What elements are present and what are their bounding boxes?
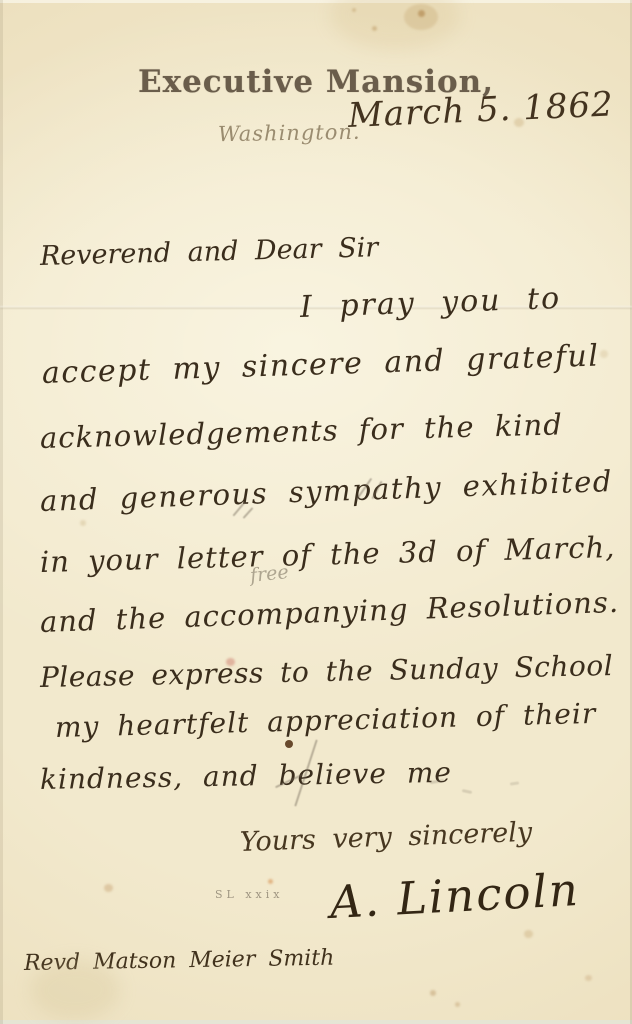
foxing-spot <box>80 520 86 526</box>
foxing-spot <box>104 884 113 892</box>
lincoln-signature: A. Lincoln <box>329 863 581 929</box>
salutation: Reverend and Dear Sir <box>40 232 379 272</box>
foxing-spot <box>418 10 425 17</box>
foxing-spot <box>455 1002 460 1007</box>
foxing-spot <box>524 930 533 938</box>
body-line-8: my heartfelt appreciation of their <box>55 697 597 744</box>
body-line-3: acknowledgements for the kind <box>40 407 564 455</box>
body-line-5: in your letter of the 3d of March, <box>40 530 616 579</box>
body-line-7: Please express to the Sunday School <box>40 649 614 694</box>
body-line-1: I pray you to <box>299 281 561 325</box>
pencil-smudge <box>510 781 519 785</box>
foxing-spot <box>430 990 436 996</box>
foxing-spot <box>404 4 438 30</box>
pencil-annotation: free <box>249 561 290 587</box>
scan-edge-left <box>0 0 3 1024</box>
foxing-spot <box>352 8 356 12</box>
scan-edge-bottom <box>0 1020 632 1024</box>
foxing-spot <box>268 879 273 884</box>
body-line-2: accept my sincere and grateful <box>41 338 600 391</box>
foxing-spot <box>372 26 377 31</box>
paper-stain <box>330 0 460 50</box>
letterhead-city: Washington. <box>218 120 361 146</box>
closing-line: Yours very sincerely <box>239 817 532 858</box>
body-line-6: and the accompanying Resolutions. <box>39 585 619 639</box>
letter-scan: Executive Mansion, Washington. March 5. … <box>0 0 632 1024</box>
body-line-4: and generous sympathy exhibited <box>39 464 613 518</box>
pencil-smudge <box>462 789 472 794</box>
foxing-spot <box>600 350 608 358</box>
recipient-line: Revd Matson Meier Smith <box>24 946 335 976</box>
pencil-catalog-mark: SL xxix <box>215 888 283 901</box>
foxing-spot <box>585 975 592 981</box>
scan-edge-top <box>0 0 632 3</box>
ink-blot <box>285 740 293 748</box>
body-line-9: kindness, and believe me <box>40 756 452 796</box>
